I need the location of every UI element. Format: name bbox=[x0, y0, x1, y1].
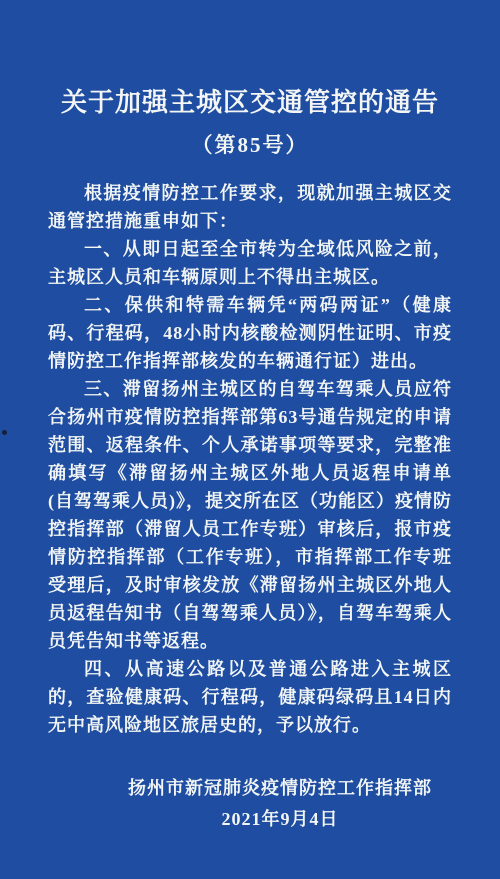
notice-number: （第85号） bbox=[48, 131, 452, 159]
notice-signoff: 扬州市新冠肺炎疫情防控工作指挥部 2021年9月4日 bbox=[78, 773, 482, 835]
speck-artifact bbox=[2, 430, 7, 435]
notice-paragraph-item-3: 三、滞留扬州主城区的自驾车驾乘人员应符合扬州市疫情防控指挥部第63号通告规定的申… bbox=[48, 375, 452, 655]
notice-body: 根据疫情防控工作要求，现就加强主城区交通管控措施重申如下： 一、从即日起至全市转… bbox=[48, 179, 452, 739]
issuer-name: 扬州市新冠肺炎疫情防控工作指挥部 bbox=[78, 773, 482, 804]
issue-date: 2021年9月4日 bbox=[78, 804, 482, 835]
notice-title: 关于加强主城区交通管控的通告 bbox=[48, 86, 452, 120]
notice-paragraph-item-4: 四、从高速公路以及普通公路进入主城区的，查验健康码、行程码，健康码绿码且14日内… bbox=[48, 655, 452, 739]
notice-poster: 关于加强主城区交通管控的通告 （第85号） 根据疫情防控工作要求，现就加强主城区… bbox=[0, 0, 500, 879]
notice-paragraph-item-2: 二、保供和特需车辆凭“两码两证”（健康码、行程码，48小时内核酸检测阴性证明、市… bbox=[48, 291, 452, 375]
notice-paragraph-item-1: 一、从即日起至全市转为全域低风险之前，主城区人员和车辆原则上不得出主城区。 bbox=[48, 235, 452, 291]
notice-paragraph-intro: 根据疫情防控工作要求，现就加强主城区交通管控措施重申如下： bbox=[48, 179, 452, 235]
